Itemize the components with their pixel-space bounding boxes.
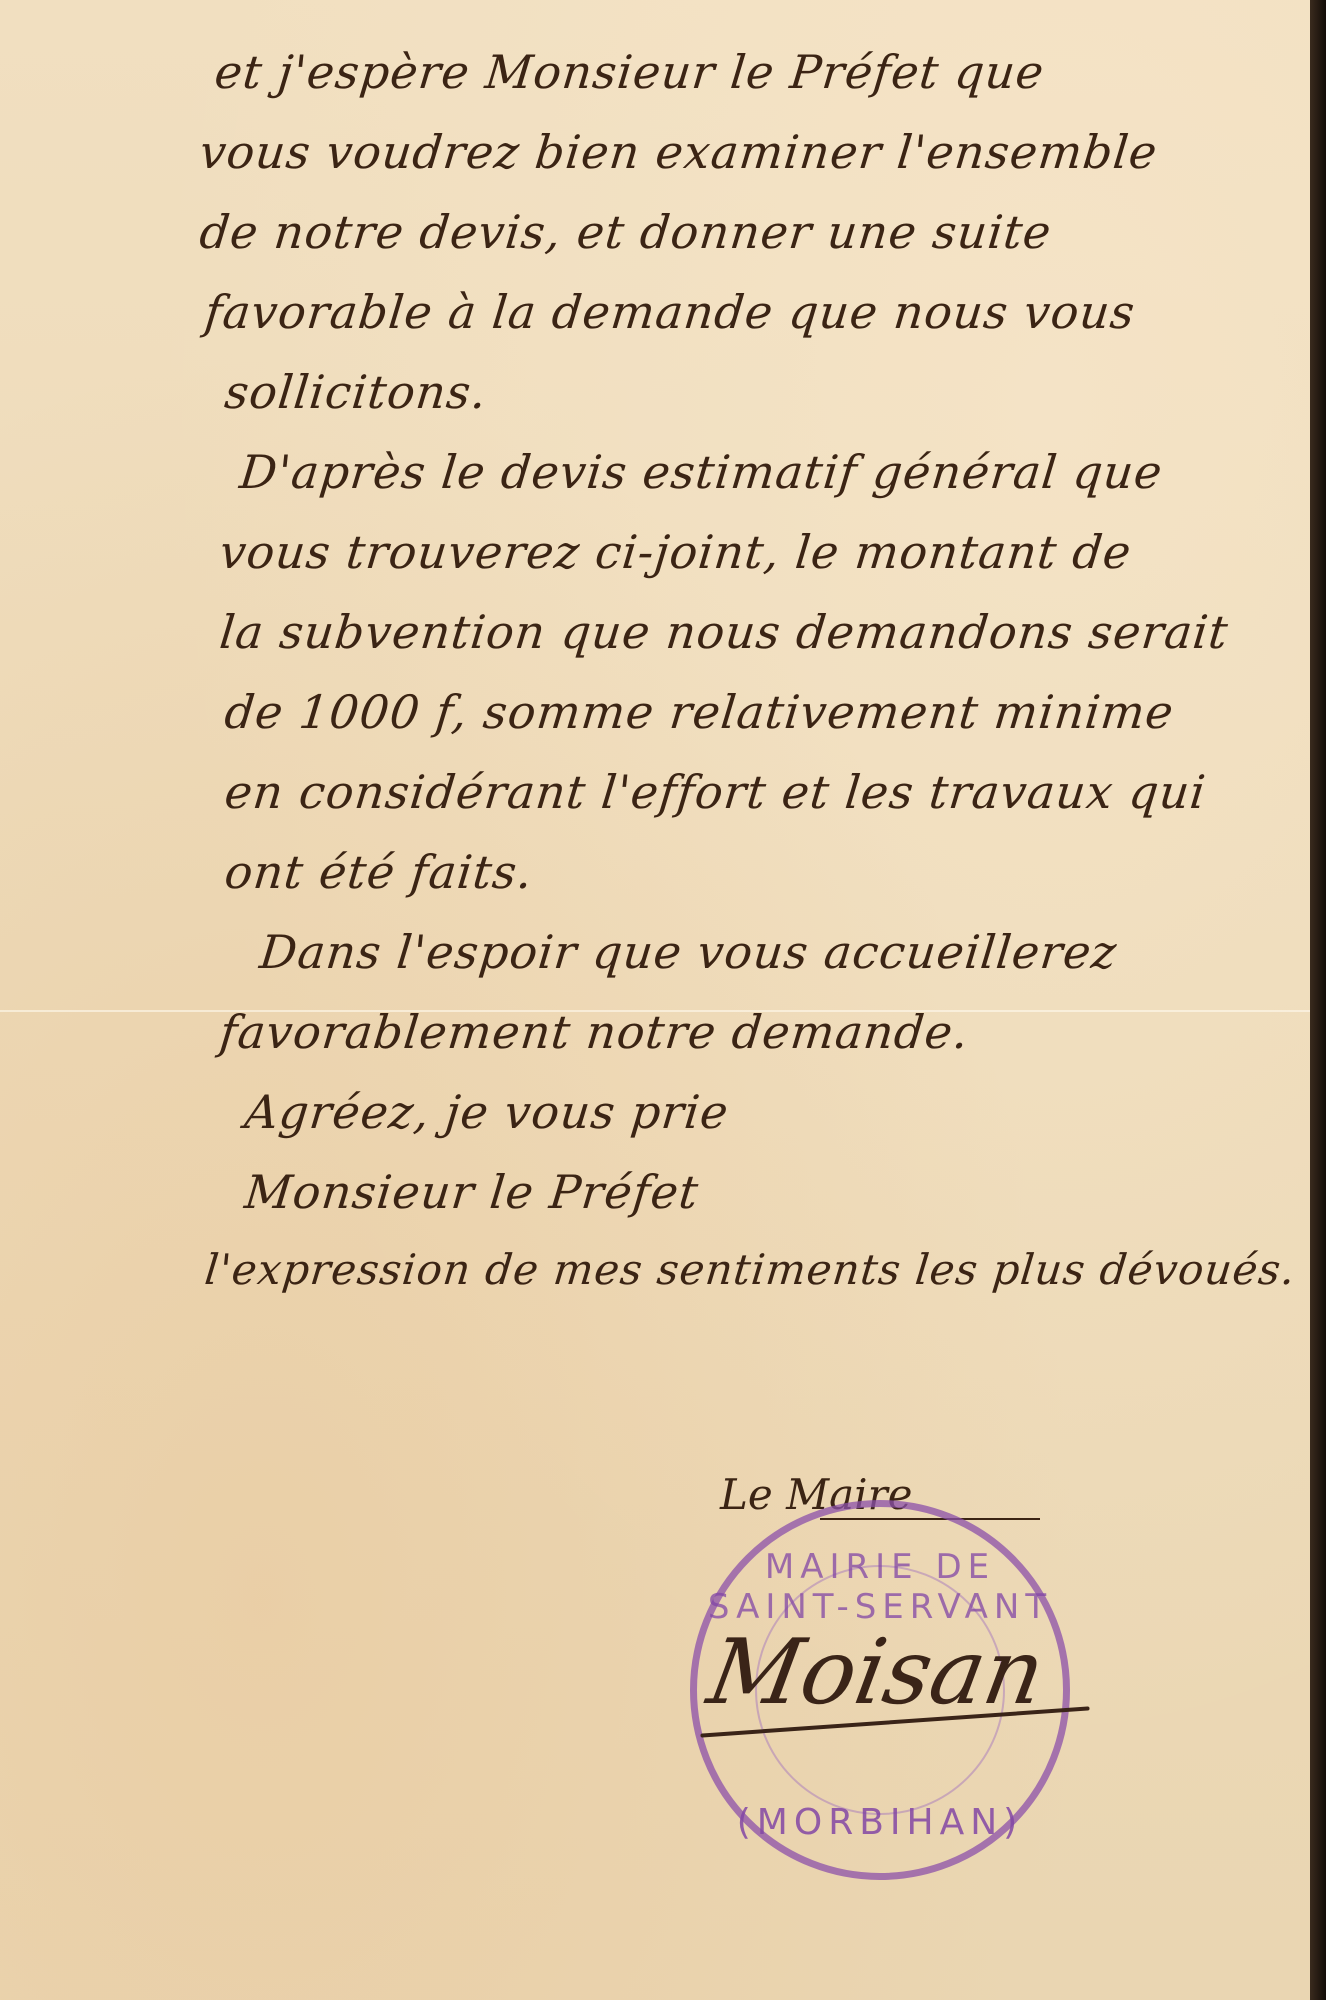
letter-line: l'expression de mes sentiments les plus … — [202, 1245, 1298, 1294]
stamp-top-text: MAIRIE DE SAINT-SERVANT — [697, 1547, 1063, 1627]
letter-line: sollicitons. — [222, 365, 490, 419]
letter-line: Agréez, je vous prie — [242, 1085, 731, 1139]
letter-line: D'après le devis estimatif général que — [237, 445, 1165, 499]
letter-line: et j'espère Monsieur le Préfet que — [212, 45, 1047, 99]
letter-line: de notre devis, et donner une suite — [197, 205, 1054, 259]
letter-line: la subvention que nous demandons serait — [217, 605, 1231, 659]
mayor-signature: Moisan — [701, 1620, 1052, 1725]
scan-edge — [1310, 0, 1326, 2000]
letter-line: vous voudrez bien examiner l'ensemble — [197, 125, 1160, 179]
letter-line: en considérant l'effort et les travaux q… — [222, 765, 1209, 819]
letter-line: favorable à la demande que nous vous — [202, 285, 1138, 339]
stamp-bottom-text: (MORBIHAN) — [697, 1802, 1063, 1843]
letter-line: vous trouverez ci-joint, le montant de — [217, 525, 1134, 579]
letter-line: Monsieur le Préfet — [242, 1165, 701, 1219]
letter-line: Dans l'espoir que vous accueillerez — [257, 925, 1120, 979]
letter-line: ont été faits. — [222, 845, 536, 899]
letter-line: de 1000 f, somme relativement minime — [222, 685, 1177, 739]
letter-line: favorablement notre demande. — [217, 1005, 971, 1059]
